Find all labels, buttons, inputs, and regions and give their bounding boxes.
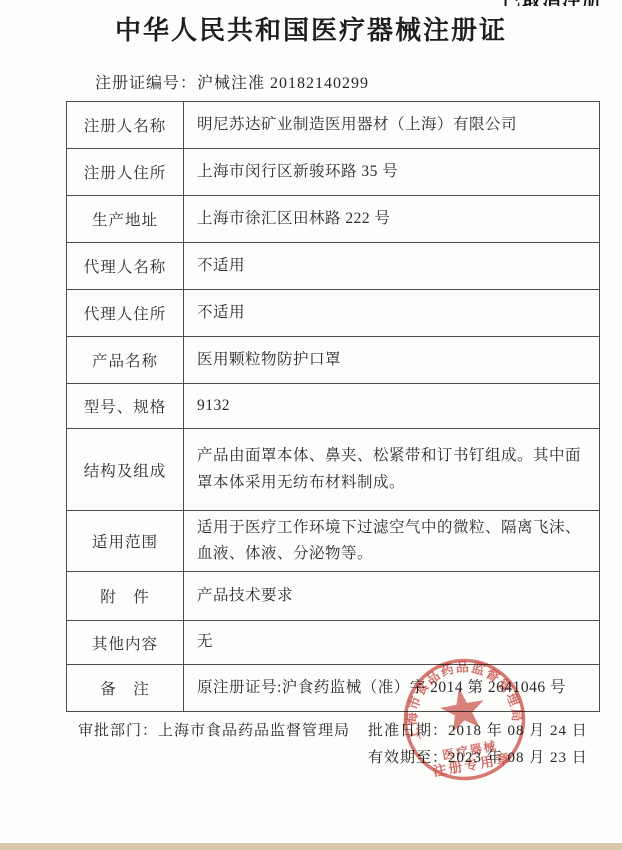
valid-until-value: 2023 年 08 月 23 日 [448, 750, 588, 766]
row-label: 注册人名称 [67, 102, 184, 149]
table-row: 结构及组成 产品由面罩本体、鼻夹、松紧带和订书钉组成。其中面罩本体采用无纺布材料… [67, 429, 600, 511]
corner-watermark-label: 已取消注册 [502, 0, 612, 6]
table-row: 产品名称 医用颗粒物防护口罩 [67, 337, 600, 384]
row-value: 不适用 [184, 243, 600, 290]
row-label: 产品名称 [67, 337, 184, 384]
table-row: 注册人名称 明尼苏达矿业制造医用器材（上海）有限公司 [67, 102, 600, 149]
table-row: 其他内容 无 [67, 621, 600, 665]
approval-department-line: 审批部门：上海市食品药品监督管理局 [78, 719, 350, 740]
row-label: 备 注 [67, 665, 184, 712]
valid-until-line: 有效期至：2023 年 08 月 23 日 [368, 746, 588, 767]
certificate-title: 中华人民共和国医疗器械注册证 [0, 10, 622, 47]
registration-number-line: 注册证编号：沪械注准 20182140299 [95, 70, 369, 93]
approval-department-label: 审批部门： [78, 723, 158, 739]
table-row: 代理人名称 不适用 [67, 243, 600, 290]
approval-date-value: 2018 年 08 月 24 日 [448, 723, 588, 739]
approval-date-label: 批准日期： [368, 723, 448, 739]
row-value: 上海市闵行区新骏环路 35 号 [184, 149, 600, 196]
row-label: 附 件 [67, 572, 184, 621]
row-label: 结构及组成 [67, 429, 184, 511]
table-row: 适用范围 适用于医疗工作环境下过滤空气中的微粒、隔离飞沫、血液、体液、分泌物等。 [67, 511, 600, 572]
row-label: 型号、规格 [67, 384, 184, 429]
registration-number-value: 沪械注准 20182140299 [197, 75, 369, 92]
row-value: 产品技术要求 [184, 572, 600, 621]
approval-date-line: 批准日期：2018 年 08 月 24 日 [368, 719, 588, 740]
row-label: 适用范围 [67, 511, 184, 572]
row-label: 注册人住所 [67, 149, 184, 196]
certificate-table: 注册人名称 明尼苏达矿业制造医用器材（上海）有限公司 注册人住所 上海市闵行区新… [66, 101, 600, 712]
row-value: 上海市徐汇区田林路 222 号 [184, 196, 600, 243]
corner-watermark-text: 已取消注册 [502, 0, 612, 6]
valid-until-label: 有效期至： [368, 750, 448, 766]
row-value: 原注册证号:沪食药监械（准）字 2014 第 2641046 号 [184, 665, 600, 712]
registration-number-label: 注册证编号： [95, 75, 197, 92]
row-value: 产品由面罩本体、鼻夹、松紧带和订书钉组成。其中面罩本体采用无纺布材料制成。 [184, 429, 600, 511]
table-row: 附 件 产品技术要求 [67, 572, 600, 621]
table-row: 备 注 原注册证号:沪食药监械（准）字 2014 第 2641046 号 [67, 665, 600, 712]
scan-edge-strip [0, 843, 622, 850]
row-value: 医用颗粒物防护口罩 [184, 337, 600, 384]
row-label: 代理人住所 [67, 290, 184, 337]
row-label: 其他内容 [67, 621, 184, 665]
certificate-document: 已取消注册 中华人民共和国医疗器械注册证 注册证编号：沪械注准 20182140… [0, 0, 622, 850]
approval-department-value: 上海市食品药品监督管理局 [158, 723, 350, 739]
table-row: 生产地址 上海市徐汇区田林路 222 号 [67, 196, 600, 243]
table-row: 代理人住所 不适用 [67, 290, 600, 337]
row-value: 无 [184, 621, 600, 665]
table-row: 注册人住所 上海市闵行区新骏环路 35 号 [67, 149, 600, 196]
row-label: 代理人名称 [67, 243, 184, 290]
row-value: 明尼苏达矿业制造医用器材（上海）有限公司 [184, 102, 600, 149]
table-row: 型号、规格 9132 [67, 384, 600, 429]
row-label: 生产地址 [67, 196, 184, 243]
row-value: 适用于医疗工作环境下过滤空气中的微粒、隔离飞沫、血液、体液、分泌物等。 [184, 511, 600, 572]
row-value: 9132 [184, 384, 600, 429]
row-value: 不适用 [184, 290, 600, 337]
